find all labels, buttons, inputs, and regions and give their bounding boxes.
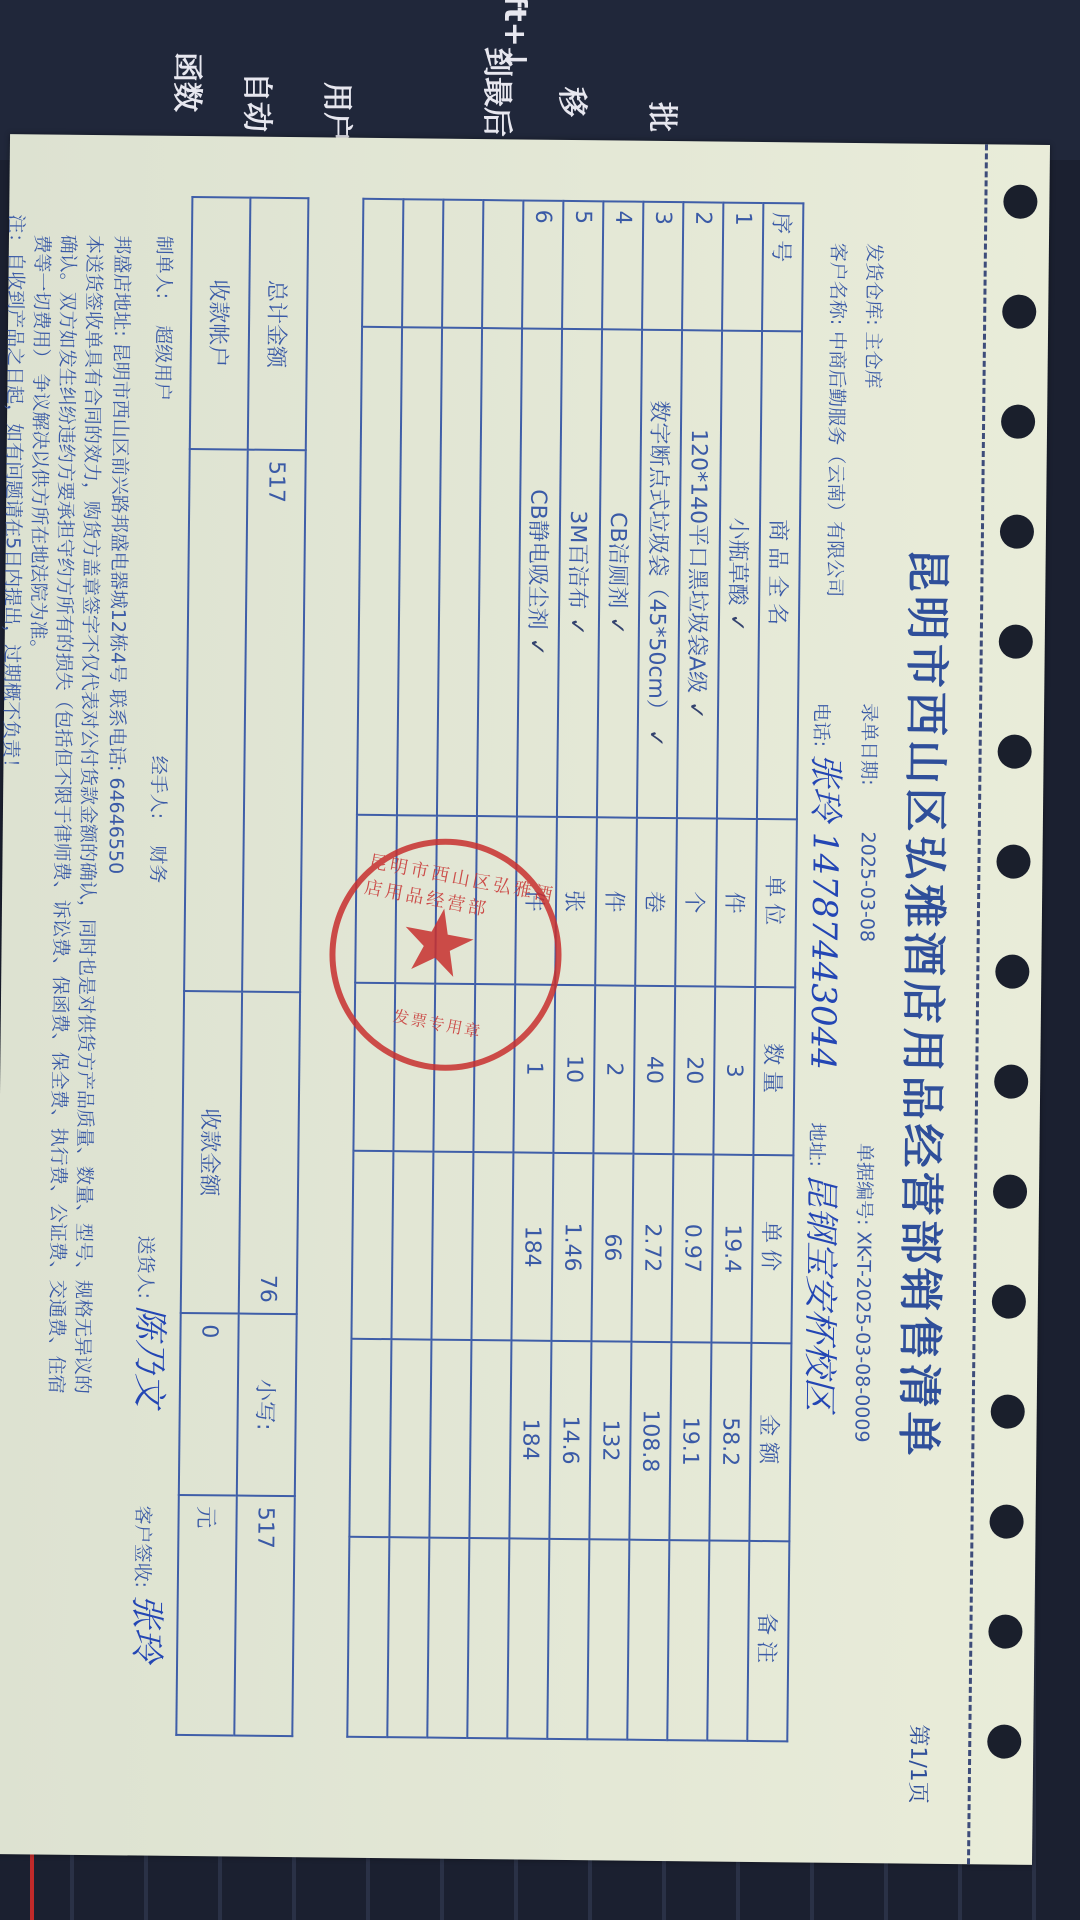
doc-no-label: 单据编号:: [853, 1143, 876, 1226]
key-label: 移: [553, 87, 597, 117]
phone-label: 电话:: [810, 703, 832, 748]
warehouse-value: 主仓库: [861, 331, 884, 388]
row-name: 120*140平口黑垃圾袋A级✓: [677, 330, 722, 818]
account-label: 收款帐户: [190, 197, 251, 450]
row-amount: 184: [509, 1340, 551, 1538]
row-index: 6: [522, 200, 563, 328]
row-price: 2.72: [631, 1154, 673, 1342]
row-price: 66: [591, 1153, 633, 1341]
header-index: 序号: [762, 203, 803, 331]
header-qty: 数量: [753, 987, 795, 1155]
row-amount: 19.1: [669, 1342, 711, 1540]
phone-handwritten: 张玲 14787443044: [802, 753, 845, 1070]
row-index: 5: [562, 201, 603, 329]
header-name: 商品全名: [757, 331, 802, 819]
header-unit: 单位: [755, 819, 797, 987]
customer-label: 客户名称:: [826, 243, 849, 326]
row-amount: 58.2: [709, 1343, 751, 1541]
check-mark-icon: ✓: [683, 701, 708, 720]
row-price: 1.46: [551, 1153, 593, 1341]
customer-signature: 张玲: [126, 1594, 167, 1662]
row-note: [707, 1541, 749, 1741]
record-date-value: 2025-03-08: [856, 831, 879, 942]
handler-value: 财务: [146, 845, 168, 883]
row-qty: 40: [633, 986, 675, 1154]
maker-value: 超级用户: [151, 325, 174, 401]
header-amount: 金额: [749, 1343, 791, 1541]
address-label: 地址:: [805, 1122, 827, 1167]
maker-label: 制单人:: [152, 236, 175, 300]
summary-table: 总计金额 517 76 小写: 517 收款帐户 收款金额 0 元: [175, 196, 309, 1737]
deliverer-signature: 陈乃文: [129, 1305, 170, 1407]
row-unit: 件: [595, 817, 637, 985]
row-index: 2: [682, 202, 723, 330]
row-name: 数字断点式垃圾袋（45*50cm）✓: [637, 330, 682, 818]
key-label: 批: [643, 102, 687, 132]
row-qty: 10: [553, 985, 595, 1153]
deliverer-label: 送货人:: [134, 1235, 157, 1299]
row-note: [667, 1540, 709, 1740]
warehouse-label: 发货仓库:: [862, 243, 885, 326]
received-label: 收款金额: [181, 991, 242, 1314]
page-indicator: 第1/1页: [904, 1724, 936, 1804]
record-date-label: 录单日期:: [857, 703, 880, 786]
total-label: 总计金额: [248, 198, 309, 451]
row-qty: 3: [713, 987, 755, 1155]
seal-subtext: 发票专用章: [391, 1003, 484, 1042]
check-mark-icon: ✓: [564, 617, 589, 636]
subtotal-label: 小写:: [237, 1314, 297, 1497]
row-name: CB静电吸尘剂✓: [517, 328, 562, 816]
currency: 元: [176, 1495, 237, 1736]
row-price: 19.4: [711, 1155, 753, 1343]
doc-no-value: XK-T-2025-03-08-0009: [850, 1231, 874, 1442]
row-index: 1: [722, 203, 763, 331]
row-qty: 20: [673, 986, 715, 1154]
row-price: 184: [511, 1152, 553, 1340]
row-name: 小瓶草酸✓: [717, 331, 762, 819]
total-qty: 76: [239, 992, 300, 1315]
star-icon: ★: [390, 891, 486, 994]
row-unit: 件: [715, 819, 757, 987]
row-amount: 14.6: [549, 1341, 591, 1539]
row-price: 0.97: [671, 1154, 713, 1342]
row-amount: 108.8: [629, 1342, 671, 1540]
address-handwritten: 昆钢宝安杯校区: [799, 1173, 841, 1411]
handler-label: 经手人:: [147, 756, 170, 820]
row-note: [507, 1538, 549, 1738]
received-value: 0: [179, 1313, 239, 1496]
row-index: 3: [642, 202, 683, 330]
header-note: 备注: [747, 1541, 789, 1741]
customer-sign-label: 客户签收:: [131, 1505, 154, 1588]
key-label: 到最后: [478, 47, 522, 137]
row-qty: 2: [593, 985, 635, 1153]
check-mark-icon: ✓: [724, 613, 749, 632]
row-unit: 卷: [635, 818, 677, 986]
row-amount: 132: [589, 1341, 631, 1539]
row-note: [587, 1539, 629, 1739]
row-unit: 个: [675, 818, 717, 986]
row-note: [627, 1540, 669, 1740]
total-value: 517: [242, 450, 306, 993]
row-name: CB洁厕剂✓: [597, 329, 642, 817]
key-label: 自动: [238, 72, 282, 132]
row-note: [547, 1539, 589, 1739]
check-mark-icon: ✓: [524, 638, 549, 657]
subtotal-value: 517: [234, 1496, 295, 1737]
key-label: 用户: [318, 82, 362, 142]
header-price: 单价: [751, 1155, 793, 1343]
receipt: 昆明市西山区弘雅酒店用品经营部销售清单 第1/1页 发货仓库: 主仓库 客户名称…: [0, 134, 1050, 1865]
account-value: [184, 449, 248, 992]
customer-value: 中商后勤服务（云南）有限公司: [823, 331, 848, 597]
row-index: 4: [602, 201, 643, 329]
row-name: 3M百洁布✓: [557, 329, 602, 817]
check-mark-icon: ✓: [604, 616, 629, 635]
key-label: 函数: [168, 52, 212, 112]
check-mark-icon: ✓: [643, 729, 668, 748]
